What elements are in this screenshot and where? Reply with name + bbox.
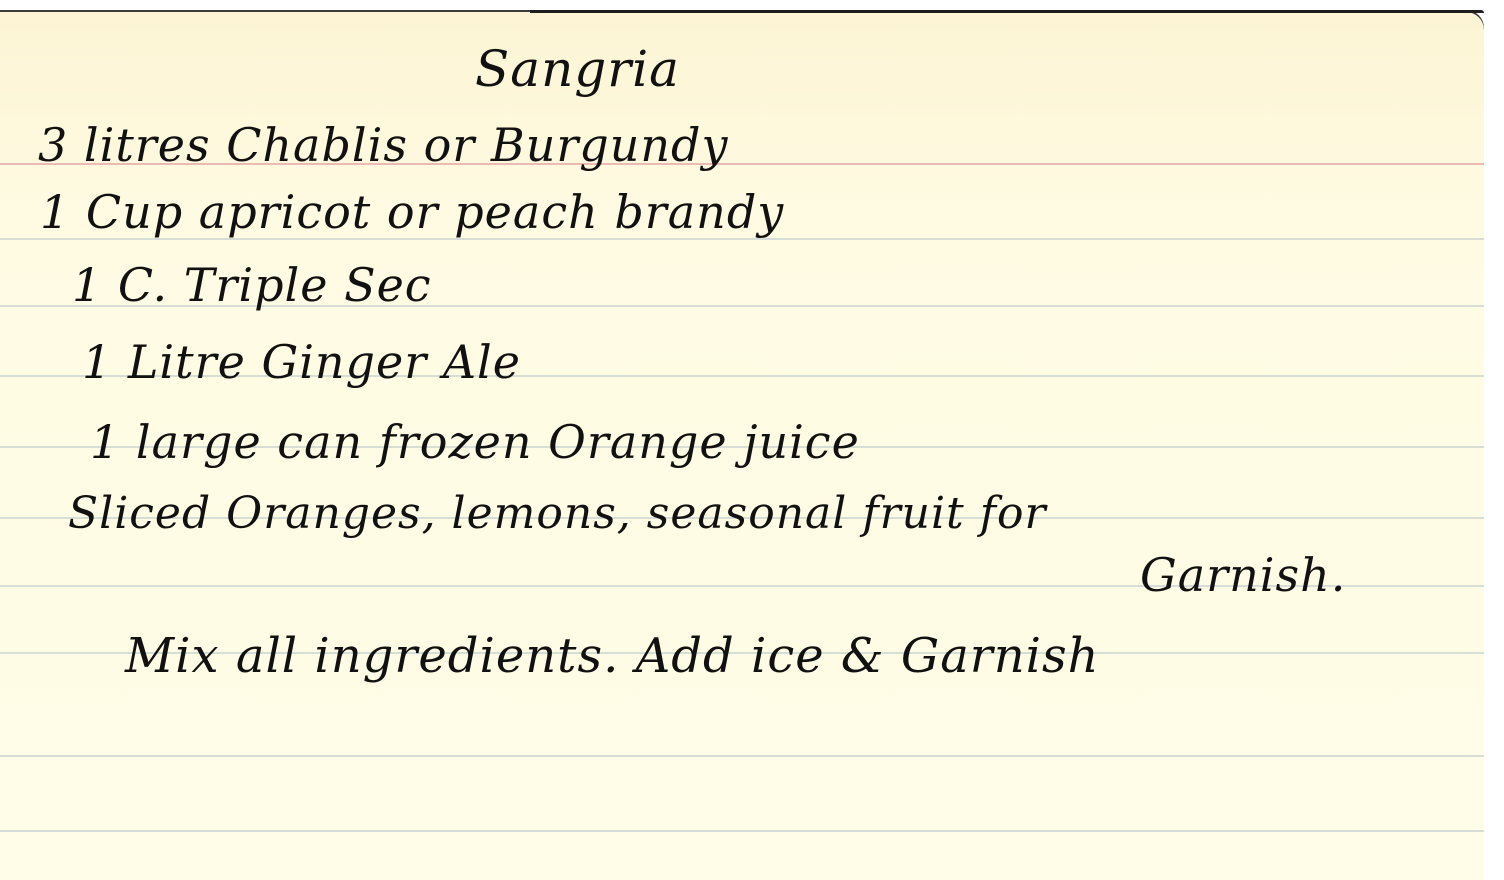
ruled-line bbox=[0, 755, 1484, 757]
ruled-line bbox=[0, 830, 1484, 832]
ingredient-line: 1 Cup apricot or peach brandy bbox=[40, 185, 784, 239]
card-top-edge bbox=[530, 10, 1484, 13]
recipe-title: Sangria bbox=[475, 40, 680, 98]
ingredient-line: 1 large can frozen Orange juice bbox=[90, 415, 860, 469]
recipe-instructions: Mix all ingredients. Add ice & Garnish bbox=[125, 628, 1100, 684]
ingredient-line: 1 C. Triple Sec bbox=[72, 258, 432, 312]
ingredient-line: 3 litres Chablis or Burgundy bbox=[38, 118, 728, 172]
ingredient-continuation: Garnish. bbox=[1140, 548, 1346, 602]
ingredient-line: Sliced Oranges, lemons, seasonal fruit f… bbox=[68, 488, 1047, 539]
ingredient-line: 1 Litre Ginger Ale bbox=[82, 335, 521, 389]
